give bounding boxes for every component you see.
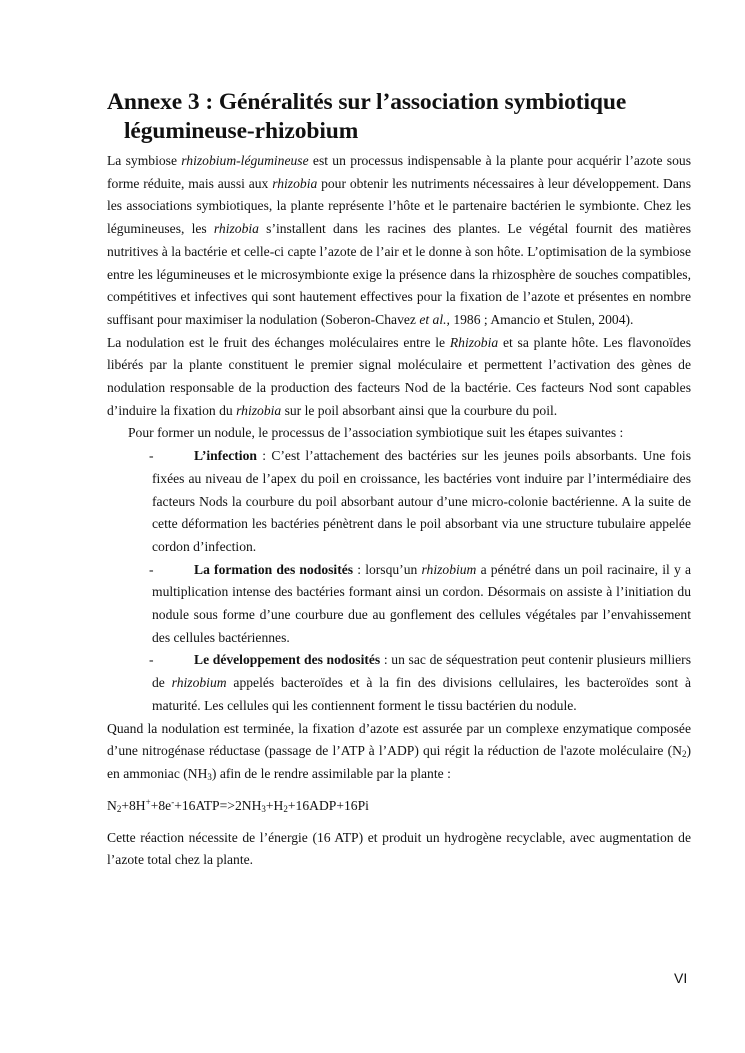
step-formation: -La formation des nodosités : lorsqu’un …: [107, 559, 691, 650]
paragraph-energy: Cette réaction nécessite de l’énergie (1…: [107, 827, 691, 872]
step-title: L’infection: [194, 448, 257, 463]
italic-citation: et al.,: [419, 312, 450, 327]
italic-term: Rhizobia: [450, 335, 498, 350]
step-title: La formation des nodosités: [194, 562, 353, 577]
list-dash: -: [149, 649, 194, 672]
document-page: Annexe 3 : Généralités sur l’association…: [107, 88, 691, 872]
step-developpement: -Le développement des nodosités : un sac…: [107, 649, 691, 717]
list-dash: -: [149, 445, 194, 468]
paragraph-fixation: Quand la nodulation est terminée, la fix…: [107, 718, 691, 786]
list-dash: -: [149, 559, 194, 582]
italic-term: rhizobium: [172, 675, 227, 690]
paragraph-intro: La symbiose rhizobium-légumineuse est un…: [107, 150, 691, 332]
chemical-equation: N2+8H++8e-+16ATP=>2NH3+H2+16ADP+16Pi: [107, 795, 691, 817]
italic-term: rhizobia: [236, 403, 281, 418]
step-infection: -L’infection : C’est l’attachement des b…: [107, 445, 691, 559]
page-title: Annexe 3 : Généralités sur l’association…: [107, 88, 691, 146]
italic-term: rhizobium-légumineuse: [181, 153, 308, 168]
italic-term: rhizobia: [272, 176, 317, 191]
paragraph-steps-intro: Pour former un nodule, le processus de l…: [107, 422, 691, 445]
paragraph-nodulation: La nodulation est le fruit des échanges …: [107, 332, 691, 423]
italic-term: rhizobium: [421, 562, 476, 577]
step-title: Le développement des nodosités: [194, 652, 380, 667]
italic-term: rhizobia: [214, 221, 259, 236]
page-number: VI: [674, 970, 687, 986]
